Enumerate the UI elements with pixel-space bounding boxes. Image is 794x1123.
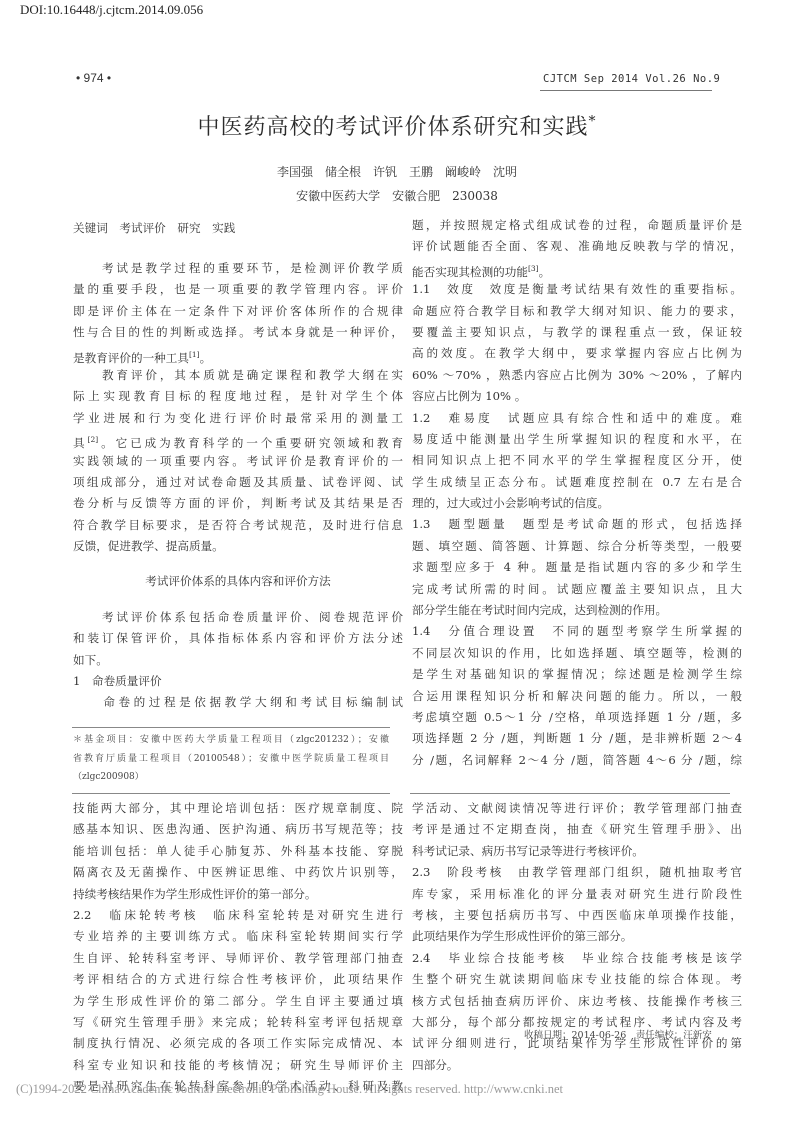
line-text: 合运用课程知识分析和解决问题的能力。所以，一般 [412,689,742,703]
line-text: 相同知识点上把不同水平的学生掌握程度区分开，使 [412,453,742,467]
text-line: 命卷的过程是依据教学大纲和考试目标编制试 [73,692,403,713]
text-line: 如下。 [73,650,403,671]
text-line: 求题型应多于 4 种。题量是指试题内容的多少和学生 [412,557,742,578]
line-text: 题、填空题、简答题、计算题、综合分析等类型，一般要 [412,539,742,553]
footnote-rule-top [72,727,390,728]
text-line: 1.1 效度 效度是衡量考试结果有效性的重要指标。 [412,279,742,300]
text-line: 1.4 分值合理设置 不同的题型考察学生所掌握的 [412,621,742,642]
line-text-after: 。它已成为教育科学的一个重要研究领域和教育 [98,436,403,450]
column-left-upper: 考试是教学过程的重要环节，是检测评价教学质量的重要手段，也是一项重要的教学管理内… [73,258,403,714]
text-line: 学生成绩呈正态分布。试题难度控制在 0.7 左右是合 [412,472,742,493]
footnote-rule-bottom [72,793,390,794]
text-line: 考核，主要包括病历书写、中西医临床单项操作技能， [412,905,742,926]
text-line: 即是评价主体在一定条件下对评价客体所作的合规律 [73,301,403,322]
line-text: 题，并按照规定格式组成试卷的过程，命题质量评价是 [412,218,742,232]
line-text: 为学生形成性评价的第二部分。学生自评主要通过填 [73,994,403,1008]
line-text: 评价试题能否全面、客观、准确地反映教与学的情况， [412,239,742,253]
funding-footnote: ＊基金项目：安徽中医药大学质量工程项目（zlgc201232）；安徽省教育厅质量… [73,731,389,787]
authors: 李国强 储全根 许钒 王鹏 阚峻岭 沈明 [0,163,794,180]
text-line: ＊基金项目：安徽中医药大学质量工程项目（zlgc201232）；安徽 [73,731,389,750]
citation-ref: [3] [528,264,539,273]
line-text: 2.3 阶段考核 由教学管理部门组织，随机抽取考官 [412,865,742,879]
text-line: 评价试题能否全面、客观、准确地反映教与学的情况， [412,236,742,257]
line-text: 科室专业知识和技能的考核情况；研究生导师评价主 [73,1058,403,1072]
line-text: 和装订保管评价，具体指标体系内容和评价方法分述 [73,631,403,645]
line-text: 库专家，采用标准化的评分量表对研究生进行阶段性 [412,887,742,901]
line-text: 考评是通过不定期查岗，抽查《研究生管理手册》、出 [412,822,742,836]
line-text: 1 命卷质量评价 [73,674,162,688]
line-text: 生自评、轮转科室考评、导师评价、教学管理部门抽查 [73,951,403,965]
text-line: 2.3 阶段考核 由教学管理部门组织，随机抽取考官 [412,862,742,883]
line-text: 教育评价，其本质就是确定课程和教学大纲在实 [73,368,403,382]
line-text: 生整个研究生就读期间临床专业技能的综合体现。考 [412,972,742,986]
text-line: 符合教学目标要求，是否符合考试规范，及时进行信息 [73,515,403,536]
line-text: 是教育评价的一种工具 [73,351,189,365]
affiliation: 安徽中医药大学 安徽合肥 230038 [0,187,794,204]
text-line: 项组成部分，通过对试卷命题及其质量、试卷评阅、试 [73,472,403,493]
text-line: 学活动、文献阅读情况等进行评价；教学管理部门抽查 [412,798,742,819]
copyright-footer: (C)1994-2022 China Academic Journal Elec… [16,1082,563,1097]
received-date: 收稿日期：2014-06-26 责任编校：汪新安 [524,1027,712,1041]
line-text: 学业进展和行为变化进行评价时最常采用的测量工 [73,411,403,425]
text-line [73,557,403,571]
text-line: 1 命卷质量评价 [73,671,403,692]
page-number: • 974 • [76,71,111,85]
text-line: 卷分析与反馈等方面的评价，判断考试及其结果是否 [73,493,403,514]
text-line: 考评相结合的方式进行综合性考核评价，此项结果作 [73,969,403,990]
line-text: 项选择题 2 分 /题，判断题 1 分 /题，是非辨析题 2～4 [412,731,742,745]
text-line: 60% ～70% ，熟悉内容应占比例为 30% ～20% ，了解内 [412,365,742,386]
text-line: 部分学生能在考试时间内完成，达到检测的作用。 [412,600,742,621]
line-text: 能否实现其检测的功能 [412,265,528,279]
text-line: 技能两大部分，其中理论培训包括：医疗规章制度、院 [73,798,403,819]
text-line: 省教育厅质量工程项目（20100548）；安徽中医学院质量工程项目 [73,750,389,769]
line-text: 即是评价主体在一定条件下对评价客体所作的合规律 [73,304,403,318]
text-line: 1.3 题型题量 题型是考试命题的形式，包括选择 [412,514,742,535]
text-line: 科考试记录、病历书写记录等进行考核评价。 [412,841,742,862]
line-text: 制度执行情况、必须完成的各项工作实际完成情况、本 [73,1036,403,1050]
line-text: 如下。 [73,653,108,667]
text-line: 生整个研究生就读期间临床专业技能的综合体现。考 [412,969,742,990]
line-text: 考试评价体系的具体内容和评价方法 [145,574,331,588]
text-line: 不同层次知识的作用，比如选择题、填空题等，检测的 [412,643,742,664]
line-text: （zlgc200908） [73,772,144,782]
line-text: 科考试记录、病历书写记录等进行考核评价。 [412,844,644,858]
line-text: 符合教学目标要求，是否符合考试规范，及时进行信息 [73,518,403,532]
text-line: 四部分。 [412,1055,742,1076]
line-text: 核方式包括抽查病历评价、床边考核、技能操作考核三 [412,994,742,1008]
line-text: 命卷的过程是依据教学大纲和考试目标编制试 [73,695,403,709]
line-text-after: 。 [539,265,551,279]
text-line: 易度适中能测量出学生所掌握知识的程度和水平，在 [412,429,742,450]
line-text: 性与合目的性的判断或选择。考试本身就是一种评价， [73,325,403,339]
text-line: 专业培养的主要训练方式。临床科室轮转期间实行学 [73,926,403,947]
text-line: 考试评价体系的具体内容和评价方法 [73,571,403,592]
line-text: 考试评价体系包括命卷质量评价、阅卷规范评价 [73,610,403,624]
article-title: 中医药高校的考试评价体系研究和实践* [0,110,794,141]
text-line: 1.2 难易度 试题应具有综合性和适中的难度。难 [412,408,742,429]
line-text: 考试是教学过程的重要环节，是检测评价教学质 [73,261,403,275]
text-line: 此项结果作为学生形成性评价的第三部分。 [412,926,742,947]
column-right-rule [410,793,730,794]
line-text: 命题应符合教学目标和教学大纲对知识、能力的要求， [412,304,742,318]
text-line: 生自评、轮转科室考评、导师评价、教学管理部门抽查 [73,948,403,969]
text-line: 际上实现教育目标的程度地过程，是针对学生个体 [73,386,403,407]
text-line: 能否实现其检测的功能[3]。 [412,258,742,279]
text-line: 完成考试所需的时间。试题应覆盖主要知识点，且大 [412,579,742,600]
line-text: 是学生对基础知识的掌握情况；综述题是检测学生综 [412,667,742,681]
line-text: 具 [73,436,88,450]
column-right-upper: 题，并按照规定格式组成试卷的过程，命题质量评价是评价试题能否全面、客观、准确地反… [412,215,742,771]
title-footnote-mark: * [589,114,597,130]
journal-header: CJTCM Sep 2014 Vol.26 No.9 [543,73,720,85]
text-line: 高的效度。在教学大纲中，要求掌握内容应占比例为 [412,343,742,364]
text-line: 2.4 毕业综合技能考核 毕业综合技能考核是该学 [412,948,742,969]
line-text: 技能两大部分，其中理论培训包括：医疗规章制度、院 [73,801,403,815]
line-text: 四部分。 [412,1058,458,1072]
text-line: 命题应符合教学目标和教学大纲对知识、能力的要求， [412,301,742,322]
line-text: 60% ～70% ，熟悉内容应占比例为 30% ～20% ，了解内 [412,368,742,382]
line-text: 考核，主要包括病历书写、中西医临床单项操作技能， [412,908,742,922]
text-line: 库专家，采用标准化的评分量表对研究生进行阶段性 [412,884,742,905]
text-line: 相同知识点上把不同水平的学生掌握程度区分开，使 [412,450,742,471]
text-line: 具[2]。它已成为教育科学的一个重要研究领域和教育 [73,429,403,450]
line-text: 要覆盖主要知识点，与教学的课程重点一致，保证较 [412,325,742,339]
line-text: 2.4 毕业综合技能考核 毕业综合技能考核是该学 [412,951,742,965]
line-text: 卷分析与反馈等方面的评价，判断考试及其结果是否 [73,496,403,510]
text-line: 是教育评价的一种工具[1]。 [73,344,403,365]
line-text: 实践领域的一项重要内容。考试评价是教育评价的一 [73,454,403,468]
text-line: 实践领域的一项重要内容。考试评价是教育评价的一 [73,451,403,472]
line-text: 考评相结合的方式进行综合性考核评价，此项结果作 [73,972,403,986]
text-line: 题、填空题、简答题、计算题、综合分析等类型，一般要 [412,536,742,557]
line-text: 专业培养的主要训练方式。临床科室轮转期间实行学 [73,929,403,943]
line-text: ＊基金项目：安徽中医药大学质量工程项目（zlgc201232）；安徽 [73,735,389,745]
header-rule [540,90,712,91]
line-text: 理的，过大或过小会影响考试的信度。 [412,496,609,510]
text-line: 能培训包括：单人徒手心肺复苏、外科基本技能、穿脱 [73,841,403,862]
line-text: 量的重要手段，也是一项重要的教学管理内容。评价 [73,282,403,296]
text-line: 理的，过大或过小会影响考试的信度。 [412,493,742,514]
text-line: 项选择题 2 分 /题，判断题 1 分 /题，是非辨析题 2～4 [412,728,742,749]
text-line: 是学生对基础知识的掌握情况；综述题是检测学生综 [412,664,742,685]
line-text: 部分学生能在考试时间内完成，达到检测的作用。 [412,603,667,617]
line-text: 完成考试所需的时间。试题应覆盖主要知识点，且大 [412,582,742,596]
line-text: 持续考核结果作为学生形成性评价的第一部分。 [73,887,316,901]
text-line: 学业进展和行为变化进行评价时最常采用的测量工 [73,408,403,429]
text-line: 制度执行情况、必须完成的各项工作实际完成情况、本 [73,1033,403,1054]
line-text: 能培训包括：单人徒手心肺复苏、外科基本技能、穿脱 [73,844,403,858]
text-line: 合运用课程知识分析和解决问题的能力。所以，一般 [412,686,742,707]
text-line: 科室专业知识和技能的考核情况；研究生导师评价主 [73,1055,403,1076]
text-line: 感基本知识、医患沟通、医护沟通、病历书写规范等；技 [73,819,403,840]
text-line: 题，并按照规定格式组成试卷的过程，命题质量评价是 [412,215,742,236]
text-line: 2.2 临床轮转考核 临床科室轮转是对研究生进行 [73,905,403,926]
line-text: 求题型应多于 4 种。题量是指试题内容的多少和学生 [412,560,742,574]
text-line: 考评是通过不定期查岗，抽查《研究生管理手册》、出 [412,819,742,840]
line-text: 写《研究生管理手册》来完成；轮转科室考评包括规章 [73,1015,403,1029]
text-line: 为学生形成性评价的第二部分。学生自评主要通过填 [73,991,403,1012]
line-text: 1.3 题型题量 题型是考试命题的形式，包括选择 [412,517,742,531]
line-text: 2.2 临床轮转考核 临床科室轮转是对研究生进行 [73,908,403,922]
line-text: 项组成部分，通过对试卷命题及其质量、试卷评阅、试 [73,475,403,489]
text-line: 容应占比例为 10% 。 [412,386,742,407]
line-text: 际上实现教育目标的程度地过程，是针对学生个体 [73,389,403,403]
line-text: 分 /题，名词解释 2～4 分 /题，简答题 4～6 分 /题，综 [412,753,742,767]
line-text: 学生成绩呈正态分布。试题难度控制在 0.7 左右是合 [412,475,742,489]
line-text: 考虑填空题 0.5～1 分 /空格，单项选择题 1 分 /题，多 [412,710,742,724]
text-line: 核方式包括抽查病历评价、床边考核、技能操作考核三 [412,991,742,1012]
line-text: 易度适中能测量出学生所掌握知识的程度和水平，在 [412,432,742,446]
line-text: 感基本知识、医患沟通、医护沟通、病历书写规范等；技 [73,822,403,836]
text-line: 要覆盖主要知识点，与教学的课程重点一致，保证较 [412,322,742,343]
line-text: 此项结果作为学生形成性评价的第三部分。 [412,929,632,943]
text-line: 教育评价，其本质就是确定课程和教学大纲在实 [73,365,403,386]
text-line: 考试评价体系包括命卷质量评价、阅卷规范评价 [73,607,403,628]
text-line: （zlgc200908） [73,768,389,787]
line-text: 学活动、文献阅读情况等进行评价；教学管理部门抽查 [412,801,742,815]
keywords: 关键词 考试评价 研究 实践 [73,220,235,236]
title-text: 中医药高校的考试评价体系研究和实践 [197,115,588,140]
text-line: 隔离衣及无菌操作、中医辨证思维、中药饮片识别等， [73,862,403,883]
line-text: 容应占比例为 10% 。 [412,389,526,403]
text-line [73,593,403,607]
text-line: 写《研究生管理手册》来完成；轮转科室考评包括规章 [73,1012,403,1033]
line-text: 反馈，促进教学、提高质量。 [73,539,224,553]
citation-ref: [2] [88,435,99,444]
citation-ref: [1] [189,350,200,359]
text-line: 持续考核结果作为学生形成性评价的第一部分。 [73,884,403,905]
text-line: 量的重要手段，也是一项重要的教学管理内容。评价 [73,279,403,300]
text-line: 考试是教学过程的重要环节，是检测评价教学质 [73,258,403,279]
line-text: 1.2 难易度 试题应具有综合性和适中的难度。难 [412,411,742,425]
column-left-lower: 技能两大部分，其中理论培训包括：医疗规章制度、院感基本知识、医患沟通、医护沟通、… [73,798,403,1097]
line-text: 高的效度。在教学大纲中，要求掌握内容应占比例为 [412,346,742,360]
line-text: 隔离衣及无菌操作、中医辨证思维、中药饮片识别等， [73,865,403,879]
line-text-after: 。 [200,351,212,365]
text-line: 性与合目的性的判断或选择。考试本身就是一种评价， [73,322,403,343]
text-line: 和装订保管评价，具体指标体系内容和评价方法分述 [73,628,403,649]
line-text: 1.1 效度 效度是衡量考试结果有效性的重要指标。 [412,282,742,296]
line-text: 不同层次知识的作用，比如选择题、填空题等，检测的 [412,646,742,660]
text-line: 考虑填空题 0.5～1 分 /空格，单项选择题 1 分 /题，多 [412,707,742,728]
line-text: 省教育厅质量工程项目（20100548）；安徽中医学院质量工程项目 [73,754,389,764]
line-text: 1.4 分值合理设置 不同的题型考察学生所掌握的 [412,624,742,638]
text-line: 分 /题，名词解释 2～4 分 /题，简答题 4～6 分 /题，综 [412,750,742,771]
text-line: 反馈，促进教学、提高质量。 [73,536,403,557]
doi-label: DOI:10.16448/j.cjtcm.2014.09.056 [20,2,203,18]
